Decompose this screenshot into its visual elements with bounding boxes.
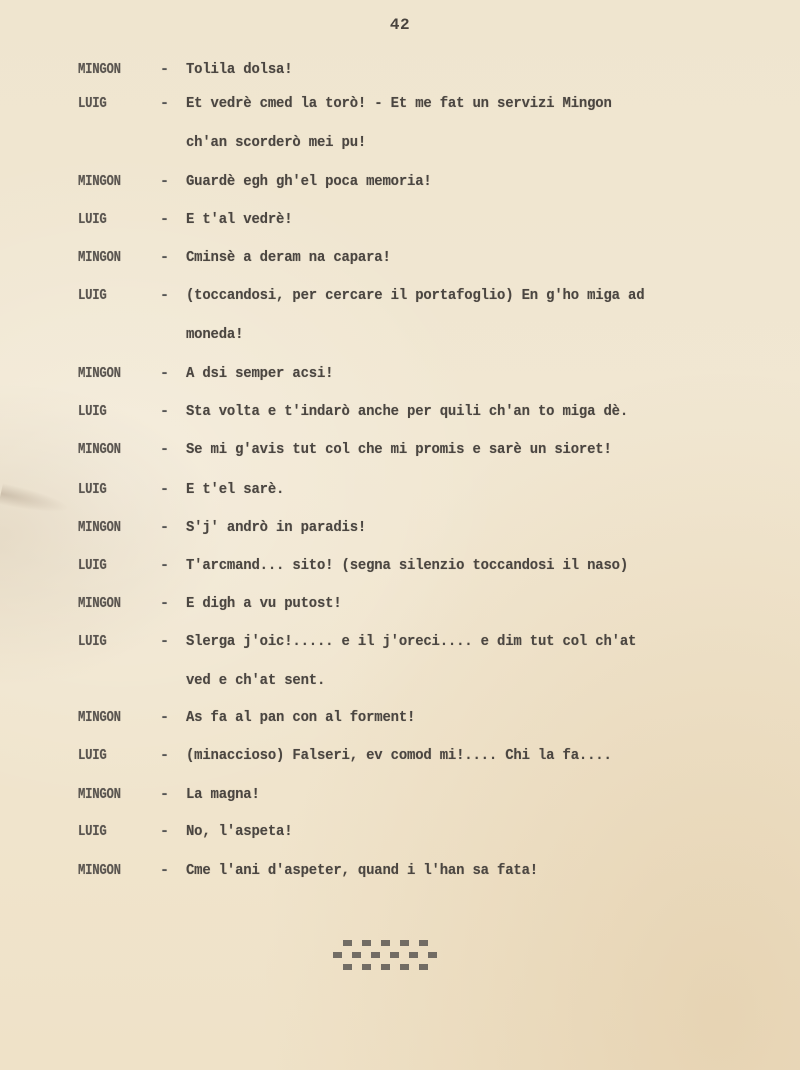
- dialogue-line: MINGON-S'j' andrò in paradis!: [0, 515, 800, 541]
- dialogue-line: MINGON-Cminsè a deram na capara!: [0, 245, 800, 271]
- speech-text: As fa al pan con al forment!: [186, 705, 415, 731]
- ornament-row: [330, 940, 440, 947]
- speech-text: Sta volta e t'indarò anche per quili ch'…: [186, 399, 628, 425]
- ornament-square-icon: [400, 940, 409, 946]
- ornament-row: [330, 952, 440, 959]
- dialogue-line: LUIG-T'arcmand... sito! (segna silenzio …: [0, 553, 800, 579]
- speaker-dash: -: [160, 399, 169, 425]
- speaker-name: LUIG: [78, 743, 107, 769]
- speaker-name: LUIG: [78, 553, 107, 579]
- ornament-square-icon: [381, 964, 390, 970]
- dialogue-line: LUIG-Et vedrè cmed la torò! - Et me fat …: [0, 91, 800, 117]
- speaker-dash: -: [160, 245, 169, 271]
- dialogue-line: MINGON-As fa al pan con al forment!: [0, 705, 800, 731]
- speaker-dash: -: [160, 361, 169, 387]
- ornament-row: [330, 964, 440, 971]
- ornament-square-icon: [419, 940, 428, 946]
- speaker-name: MINGON: [78, 858, 121, 884]
- speech-text: A dsi semper acsi!: [186, 361, 333, 387]
- dialogue-continuation-line: ch'an scorderò mei pu!: [0, 130, 800, 156]
- dialogue-line: MINGON-Cme l'ani d'aspeter, quand i l'ha…: [0, 858, 800, 884]
- speaker-dash: -: [160, 629, 169, 655]
- speaker-name: MINGON: [78, 169, 121, 195]
- dialogue-line: MINGON-Tolila dolsa!: [0, 57, 800, 83]
- speaker-dash: -: [160, 477, 169, 503]
- dialogue-line: MINGON-E digh a vu putost!: [0, 591, 800, 617]
- speech-text: E t'el sarè.: [186, 477, 284, 503]
- speech-text: Tolila dolsa!: [186, 57, 292, 83]
- dialogue-line: MINGON-Se mi g'avis tut col che mi promi…: [0, 437, 800, 463]
- speech-text: S'j' andrò in paradis!: [186, 515, 366, 541]
- speech-continuation-text: ch'an scorderò mei pu!: [186, 130, 366, 156]
- speaker-name: LUIG: [78, 91, 107, 117]
- ornament-square-icon: [362, 964, 371, 970]
- speaker-name: MINGON: [78, 705, 121, 731]
- speaker-name: LUIG: [78, 283, 107, 309]
- ornament-square-icon: [400, 964, 409, 970]
- speech-text: (toccandosi, per cercare il portafoglio)…: [186, 283, 644, 309]
- speaker-dash: -: [160, 57, 169, 83]
- speech-text: La magna!: [186, 782, 260, 808]
- speaker-dash: -: [160, 819, 169, 845]
- dialogue-line: MINGON-Guardè egh gh'el poca memoria!: [0, 169, 800, 195]
- speaker-dash: -: [160, 743, 169, 769]
- ornament-square-icon: [343, 964, 352, 970]
- speaker-dash: -: [160, 705, 169, 731]
- dialogue-line: LUIG-Sta volta e t'indarò anche per quil…: [0, 399, 800, 425]
- ornament-square-icon: [390, 952, 399, 958]
- typescript-page: 42 MINGON-Tolila dolsa!LUIG-Et vedrè cme…: [0, 0, 800, 1070]
- speech-text: E digh a vu putost!: [186, 591, 342, 617]
- ornament-square-icon: [333, 952, 342, 958]
- speaker-dash: -: [160, 91, 169, 117]
- ornament-square-icon: [343, 940, 352, 946]
- speech-text: Slerga j'oic!..... e il j'oreci.... e di…: [186, 629, 636, 655]
- speaker-name: LUIG: [78, 477, 107, 503]
- dialogue-line: LUIG-E t'al vedrè!: [0, 207, 800, 233]
- dialogue-line: LUIG-No, l'aspeta!: [0, 819, 800, 845]
- speaker-name: LUIG: [78, 207, 107, 233]
- ornament-square-icon: [371, 952, 380, 958]
- speaker-name: MINGON: [78, 591, 121, 617]
- speaker-dash: -: [160, 515, 169, 541]
- speech-text: Et vedrè cmed la torò! - Et me fat un se…: [186, 91, 612, 117]
- speaker-name: MINGON: [78, 782, 121, 808]
- speech-text: Guardè egh gh'el poca memoria!: [186, 169, 432, 195]
- ornament-square-icon: [428, 952, 437, 958]
- speech-text: Se mi g'avis tut col che mi promis e sar…: [186, 437, 612, 463]
- dialogue-continuation-line: moneda!: [0, 322, 800, 348]
- speaker-dash: -: [160, 283, 169, 309]
- speaker-dash: -: [160, 553, 169, 579]
- ornament-square-icon: [381, 940, 390, 946]
- dialogue-line: MINGON-La magna!: [0, 782, 800, 808]
- dialogue-line: MINGON-A dsi semper acsi!: [0, 361, 800, 387]
- speaker-dash: -: [160, 437, 169, 463]
- speaker-name: LUIG: [78, 399, 107, 425]
- speech-text: (minaccioso) Falseri, ev comod mi!.... C…: [186, 743, 612, 769]
- speech-text: Cme l'ani d'aspeter, quand i l'han sa fa…: [186, 858, 538, 884]
- speaker-dash: -: [160, 169, 169, 195]
- speaker-name: LUIG: [78, 819, 107, 845]
- dialogue-line: LUIG-E t'el sarè.: [0, 477, 800, 503]
- dialogue-line: LUIG-(toccandosi, per cercare il portafo…: [0, 283, 800, 309]
- speaker-name: MINGON: [78, 515, 121, 541]
- speech-text: E t'al vedrè!: [186, 207, 292, 233]
- speaker-name: MINGON: [78, 245, 121, 271]
- speaker-dash: -: [160, 207, 169, 233]
- speaker-dash: -: [160, 858, 169, 884]
- speaker-name: MINGON: [78, 361, 121, 387]
- ornament-square-icon: [362, 940, 371, 946]
- speaker-dash: -: [160, 591, 169, 617]
- speaker-dash: -: [160, 782, 169, 808]
- ornament-square-icon: [419, 964, 428, 970]
- ornament-square-icon: [352, 952, 361, 958]
- speech-text: T'arcmand... sito! (segna silenzio tocca…: [186, 553, 628, 579]
- dialogue-continuation-line: ved e ch'at sent.: [0, 668, 800, 694]
- end-of-scene-ornament: [330, 940, 440, 976]
- speaker-name: LUIG: [78, 629, 107, 655]
- ornament-square-icon: [409, 952, 418, 958]
- dialogue-line: LUIG-Slerga j'oic!..... e il j'oreci....…: [0, 629, 800, 655]
- speaker-name: MINGON: [78, 437, 121, 463]
- speech-continuation-text: moneda!: [186, 322, 243, 348]
- speaker-name: MINGON: [78, 57, 121, 83]
- page-number: 42: [0, 16, 800, 34]
- speech-continuation-text: ved e ch'at sent.: [186, 668, 325, 694]
- dialogue-line: LUIG-(minaccioso) Falseri, ev comod mi!.…: [0, 743, 800, 769]
- speech-text: No, l'aspeta!: [186, 819, 292, 845]
- speech-text: Cminsè a deram na capara!: [186, 245, 391, 271]
